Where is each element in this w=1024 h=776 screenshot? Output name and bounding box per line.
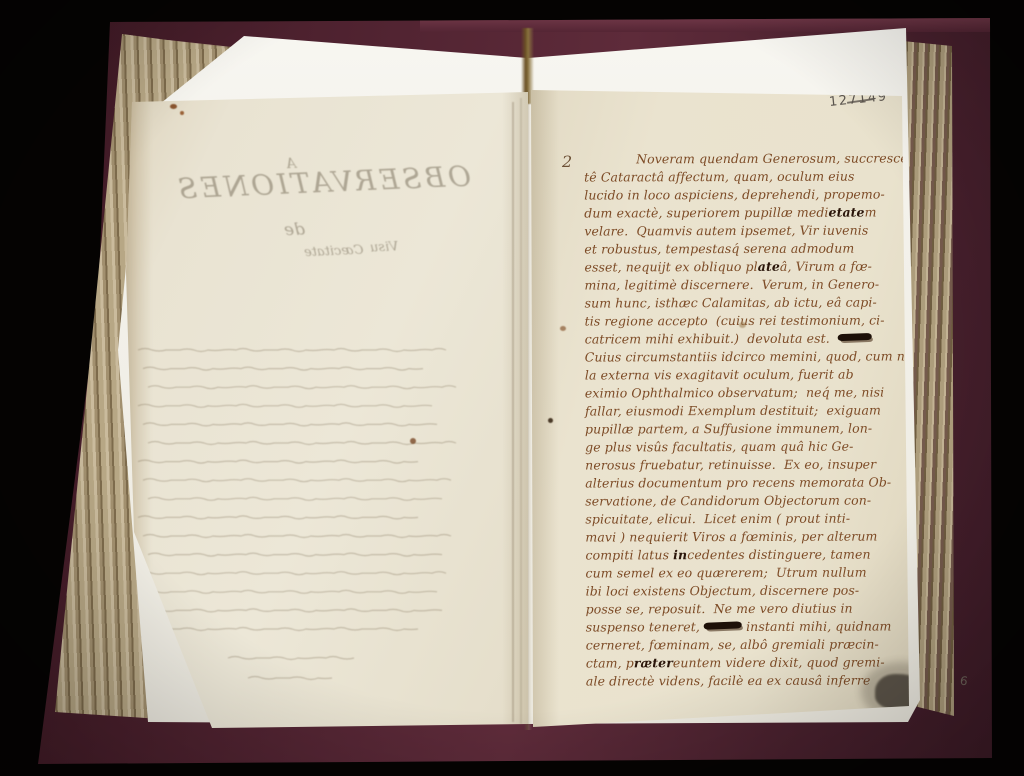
manuscript-line: compiti latus incedentes distinguere, ta… bbox=[585, 545, 891, 564]
ink-speck bbox=[548, 418, 553, 423]
ink-correction: ate bbox=[758, 259, 780, 274]
ink-correction: ræter bbox=[634, 655, 673, 670]
ink-text: tis regione accepto (cuius rei testimoni… bbox=[585, 312, 885, 328]
manuscript-line: suspenso teneret, instanti mihi, quidnam bbox=[586, 617, 892, 636]
ink-text: servatione, de Candidorum Objectorum con… bbox=[585, 493, 871, 509]
rust-stain bbox=[180, 111, 184, 115]
ink-text: et robustus, tempestasq́ serena admodum bbox=[584, 241, 854, 257]
ink-text: pupillæ partem, a Suffusione immunem, lo… bbox=[585, 421, 872, 437]
ink-text: tê Cataractâ affectum, quam, oculum eius bbox=[584, 169, 854, 185]
ink-text: mavi ) nequierit Viros a fœminis, per al… bbox=[585, 529, 877, 545]
ink-text: ge plus visûs facultatis, quam quâ hic G… bbox=[585, 439, 853, 455]
rust-stain bbox=[560, 326, 566, 331]
ink-correction: etate bbox=[828, 205, 864, 220]
manuscript-line: velare. Quamvis autem ipsemet, Vir iuven… bbox=[584, 221, 890, 240]
ink-stain bbox=[410, 438, 416, 444]
ink-text: catricem mihi exhibuit.) devoluta est. bbox=[585, 331, 838, 347]
manuscript-line: cum semel ex eo quærerem; Utrum nullum bbox=[586, 563, 892, 582]
ink-text: m bbox=[865, 205, 877, 220]
ink-text: esset, nequijt ex obliquo pl bbox=[584, 259, 757, 275]
paper-stain bbox=[739, 322, 746, 328]
manuscript-line: ibi loci existens Objectum, discernere p… bbox=[586, 581, 892, 600]
ink-text: instanti mihi, quidnam bbox=[742, 618, 892, 634]
manuscript-line: lucido in loco aspiciens, deprehendi, pr… bbox=[584, 185, 890, 204]
ink-text: â, Virum a fœ- bbox=[780, 259, 872, 274]
manuscript-line: tis regione accepto (cuius rei testimoni… bbox=[585, 311, 891, 330]
manuscript-line: mavi ) nequierit Viros a fœminis, per al… bbox=[585, 527, 891, 546]
manuscript-line: alterius documentum pro recens memorata … bbox=[585, 473, 891, 492]
manuscript-line: pupillæ partem, a Suffusione immunem, lo… bbox=[585, 419, 891, 438]
manuscript-line: sum hunc, isthæc Calamitas, ab ictu, eâ … bbox=[585, 293, 891, 312]
manuscript-line: catricem mihi exhibuit.) devoluta est. bbox=[585, 329, 891, 348]
ink-text: euntem videre dixit, quod gremi- bbox=[673, 654, 885, 670]
right-page: 127149 2 Noveram quendam Generosum, succ… bbox=[529, 74, 911, 730]
manuscript-line: ale directè videns, facilè ea ex causâ i… bbox=[586, 671, 892, 690]
ink-text: la externa vis exagitavit oculum, fuerit… bbox=[585, 367, 854, 383]
manuscript-line: la externa vis exagitavit oculum, fuerit… bbox=[585, 365, 891, 384]
ink-text: cum semel ex eo quærerem; Utrum nullum bbox=[586, 565, 867, 581]
manuscript-line: eximio Ophthalmico observatum; neq́ me, … bbox=[585, 383, 891, 402]
ink-text: compiti latus bbox=[585, 547, 673, 562]
manuscript-line: spicuitate, elicui. Licet enim ( prout i… bbox=[585, 509, 891, 528]
folio-number: 2 bbox=[562, 152, 572, 171]
manuscript-line: ctam, prætereuntem videre dixit, quod gr… bbox=[586, 653, 892, 672]
manuscript-line: tê Cataractâ affectum, quam, oculum eius bbox=[584, 167, 890, 186]
manuscript-line: et robustus, tempestasq́ serena admodum bbox=[584, 239, 890, 258]
manuscript-line: cerneret, fœminam, se, albô gremiali præ… bbox=[586, 635, 892, 654]
ink-text: cedentes distinguere, tamen bbox=[687, 547, 870, 563]
ink-correction: in bbox=[673, 547, 687, 562]
ink-text: spicuitate, elicui. Licet enim ( prout i… bbox=[585, 511, 850, 527]
manuscript-line: mina, legitimè discernere. Verum, in Gen… bbox=[584, 275, 890, 294]
ink-text: posse se, reposuit. Ne me vero diutius i… bbox=[586, 601, 853, 617]
manuscript-line: esset, nequijt ex obliquo plateâ, Virum … bbox=[584, 257, 890, 276]
manuscript-line: Noveram quendam Generosum, succrescen- bbox=[584, 149, 890, 168]
ink-text: Cuius circumstantiis idcirco memini, quo… bbox=[585, 348, 922, 364]
rust-stain bbox=[170, 104, 177, 109]
manuscript-line: dum exactè, superiorem pupillæ medietate… bbox=[584, 203, 890, 222]
manuscript-text: Noveram quendam Generosum, succrescen-tê… bbox=[584, 149, 892, 690]
ink-text: mina, legitimè discernere. Verum, in Gen… bbox=[585, 277, 880, 293]
ink-text: suspenso teneret, bbox=[586, 619, 704, 634]
photo-canvas: A OBSERVATIONES de Cæcitate Visu 127149 … bbox=[0, 0, 1024, 776]
ink-text: dum exactè, superiorem pupillæ medi bbox=[584, 205, 828, 221]
ink-text: ibi loci existens Objectum, discernere p… bbox=[586, 583, 860, 599]
manuscript-line: servatione, de Candidorum Objectorum con… bbox=[585, 491, 891, 510]
ink-text: alterius documentum pro recens memorata … bbox=[585, 474, 891, 490]
manuscript-line: posse se, reposuit. Ne me vero diutius i… bbox=[586, 599, 892, 618]
ink-text: velare. Quamvis autem ipsemet, Vir iuven… bbox=[584, 223, 868, 239]
manuscript-line: ge plus visûs facultatis, quam quâ hic G… bbox=[585, 437, 891, 456]
ink-text: nerosus fruebatur, retinuisse. Ex eo, in… bbox=[585, 457, 876, 473]
ink-text: lucido in loco aspiciens, deprehendi, pr… bbox=[584, 186, 885, 202]
manuscript-line: fallar, eiusmodi Exemplum destituit; exi… bbox=[585, 401, 891, 420]
ink-text: Noveram quendam Generosum, succrescen- bbox=[636, 150, 920, 166]
ink-text: fallar, eiusmodi Exemplum destituit; exi… bbox=[585, 403, 881, 419]
ink-text: ctam, p bbox=[586, 655, 634, 670]
ink-text: ale directè videns, facilè ea ex causâ i… bbox=[586, 673, 871, 689]
ink-blot bbox=[838, 333, 872, 341]
catchword: potuit bbox=[709, 758, 889, 773]
ink-text: sum hunc, isthæc Calamitas, ab ictu, eâ … bbox=[585, 295, 877, 311]
ink-blot bbox=[704, 621, 742, 629]
manuscript-line: Cuius circumstantiis idcirco memini, quo… bbox=[585, 347, 891, 366]
ink-text: eximio Ophthalmico observatum; neq́ me, … bbox=[585, 384, 884, 400]
manuscript-line: nerosus fruebatur, retinuisse. Ex eo, in… bbox=[585, 455, 891, 474]
ink-text: cerneret, fœminam, se, albô gremiali præ… bbox=[586, 637, 879, 653]
